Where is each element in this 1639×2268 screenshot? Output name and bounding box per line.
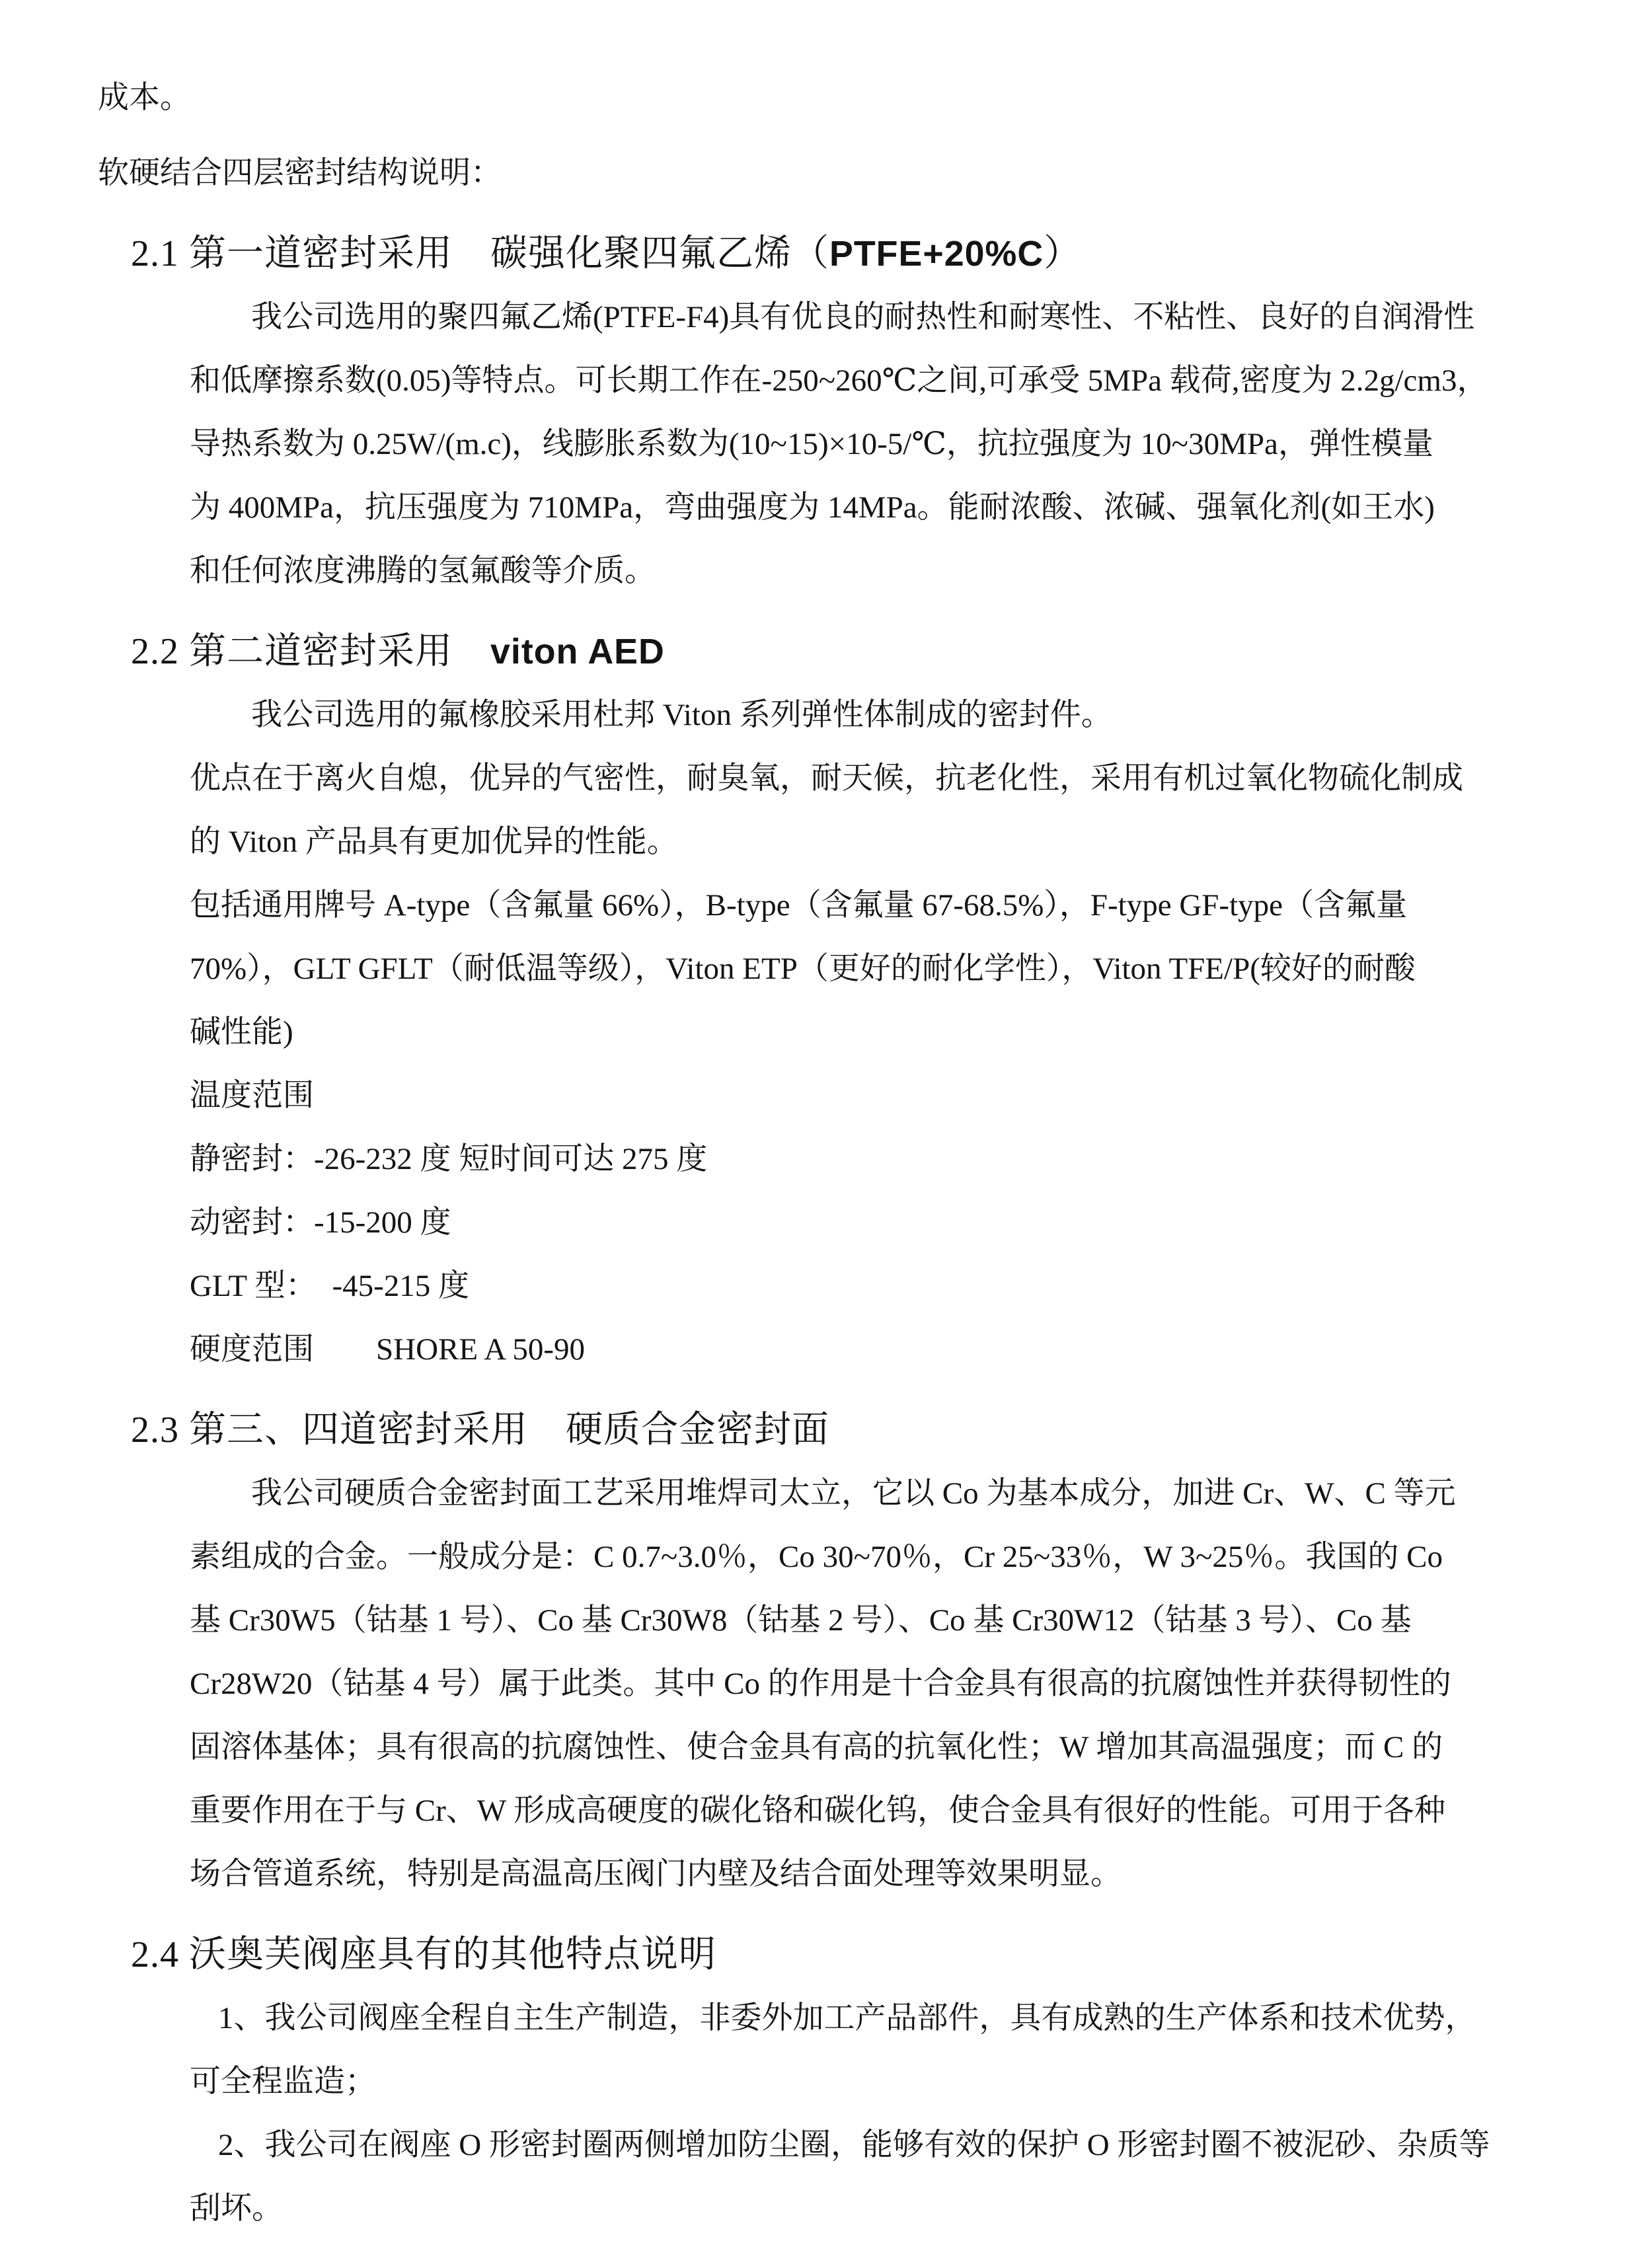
- document-text: 2.1 第一道密封采用 碳强化聚四氟乙烯（: [131, 233, 829, 274]
- text-line: 的 Viton 产品具有更加优异的性能。: [190, 810, 1639, 874]
- document-text: Cr28W20（钴基 4 号）属于此类。其中 Co 的作用是十合金具有很高的抗腐…: [190, 1667, 1451, 1701]
- document-text: 的 Viton 产品具有更加优异的性能。: [190, 825, 678, 859]
- document-text: 刮坏。: [190, 2191, 283, 2226]
- document-text: 和任何浓度沸腾的氢氟酸等介质。: [190, 554, 656, 588]
- document-text: 静密封：-26-232 度 短时间可达 275 度: [190, 1142, 707, 1176]
- document-text: 我公司硬质合金密封面工艺采用堆焊司太立，它以 Co 为基本成分，加进 Cr、W、…: [251, 1476, 1456, 1511]
- text-line: GLT 型： -45-215 度: [190, 1254, 1639, 1318]
- section-heading-2-2: 2.2 第二道密封采用 viton AED: [131, 620, 1639, 683]
- text-line: 我公司选用的氟橡胶采用杜邦 Viton 系列弹性体制成的密封件。: [251, 683, 1639, 747]
- document-text: 软硬结合四层密封结构说明：: [98, 156, 502, 190]
- intro-line-structure: 软硬结合四层密封结构说明：: [98, 141, 1639, 205]
- document-text: ）: [1044, 233, 1081, 274]
- text-line: 可全程监造；: [190, 2050, 1639, 2113]
- document-text: 温度范围: [190, 1078, 314, 1113]
- document-text: 为 400MPa，抗压强度为 710MPa，弯曲强度为 14MPa。能耐浓酸、浓…: [190, 490, 1435, 525]
- document-text: 优点在于离火自熄，优异的气密性，耐臭氧，耐天候，抗老化性，采用有机过氧化物硫化制…: [190, 761, 1463, 796]
- text-line: 固溶体基体；具有很高的抗腐蚀性、使合金具有高的抗氧化性；W 增加其高温强度；而 …: [190, 1716, 1639, 1779]
- text-line: 70%），GLT GFLT（耐低温等级），Viton ETP（更好的耐化学性），…: [190, 937, 1639, 1001]
- text-line: 优点在于离火自熄，优异的气密性，耐臭氧，耐天候，抗老化性，采用有机过氧化物硫化制…: [190, 747, 1639, 810]
- document-text: 硬度范围 SHORE A 50-90: [190, 1332, 585, 1367]
- section-heading-2-4: 2.4 沃奥芙阀座具有的其他特点说明: [131, 1923, 1639, 1986]
- text-line: 动密封：-15-200 度: [190, 1191, 1639, 1254]
- text-line: 基 Cr30W5（钴基 1 号）、Co 基 Cr30W8（钴基 2 号）、Co …: [190, 1589, 1639, 1652]
- section-heading-2-3: 2.3 第三、四道密封采用 硬质合金密封面: [131, 1398, 1639, 1462]
- document-text: GLT 型： -45-215 度: [190, 1269, 469, 1303]
- document-text: 重要作用在于与 Cr、W 形成高硬度的碳化铬和碳化钨，使合金具有很好的性能。可用…: [190, 1794, 1445, 1828]
- text-line: 我公司选用的聚四氟乙烯(PTFE-F4)具有优良的耐热性和耐寒性、不粘性、良好的…: [251, 285, 1639, 349]
- document-text: 基 Cr30W5（钴基 1 号）、Co 基 Cr30W8（钴基 2 号）、Co …: [190, 1603, 1412, 1638]
- section-heading-2-1: 2.1 第一道密封采用 碳强化聚四氟乙烯（PTFE+20%C）: [131, 222, 1639, 285]
- document-text: 场合管道系统，特别是高温高压阀门内壁及结合面处理等效果明显。: [190, 1857, 1122, 1891]
- text-line: 1、我公司阀座全程自主生产制造，非委外加工产品部件，具有成熟的生产体系和技术优势…: [218, 1986, 1639, 2050]
- text-line: 我公司硬质合金密封面工艺采用堆焊司太立，它以 Co 为基本成分，加进 Cr、W、…: [251, 1462, 1639, 1525]
- text-line: 刮坏。: [190, 2177, 1639, 2240]
- document-text: 2.4 沃奥芙阀座具有的其他特点说明: [131, 1934, 716, 1975]
- text-line: 静密封：-26-232 度 短时间可达 275 度: [190, 1127, 1639, 1191]
- document-text: 固溶体基体；具有很高的抗腐蚀性、使合金具有高的抗氧化性；W 增加其高温强度；而 …: [190, 1730, 1443, 1764]
- text-line: 2、我公司在阀座 O 形密封圈两侧增加防尘圈，能够有效的保护 O 形密封圈不被泥…: [218, 2113, 1639, 2177]
- document-text: 70%），GLT GFLT（耐低温等级），Viton ETP（更好的耐化学性），…: [190, 952, 1416, 986]
- document-text: 和低摩擦系数(0.05)等特点。可长期工作在-250~260℃之间,可承受 5M…: [190, 363, 1488, 398]
- text-line: 场合管道系统，特别是高温高压阀门内壁及结合面处理等效果明显。: [190, 1842, 1639, 1906]
- document-page: 成本。软硬结合四层密封结构说明：2.1 第一道密封采用 碳强化聚四氟乙烯（PTF…: [0, 0, 1639, 2268]
- document-text: 可全程监造；: [190, 2064, 376, 2099]
- text-line: 导热系数为 0.25W/(m.c)，线膨胀系数为(10~15)×10-5/℃，抗…: [190, 412, 1639, 476]
- text-line: 和低摩擦系数(0.05)等特点。可长期工作在-250~260℃之间,可承受 5M…: [190, 349, 1639, 412]
- text-line: 和任何浓度沸腾的氢氟酸等介质。: [190, 539, 1639, 603]
- document-text: 包括通用牌号 A-type（含氟量 66%），B-type（含氟量 67-68.…: [190, 888, 1407, 923]
- document-text: 素组成的合金。一般成分是：C 0.7~3.0％，Co 30~70％，Cr 25~…: [190, 1540, 1443, 1574]
- document-text: 碱性能): [190, 1015, 293, 1049]
- document-text: 成本。: [98, 81, 191, 115]
- document-text: 1、我公司阀座全程自主生产制造，非委外加工产品部件，具有成熟的生产体系和技术优势…: [218, 2001, 1476, 2035]
- text-line: 硬度范围 SHORE A 50-90: [190, 1318, 1639, 1381]
- text-line: 包括通用牌号 A-type（含氟量 66%），B-type（含氟量 67-68.…: [190, 874, 1639, 937]
- text-line: Cr28W20（钴基 4 号）属于此类。其中 Co 的作用是十合金具有很高的抗腐…: [190, 1652, 1639, 1716]
- document-text: 2.2 第二道密封采用: [131, 631, 490, 672]
- latin-designation-text: viton AED: [490, 632, 665, 671]
- document-text: 我公司选用的聚四氟乙烯(PTFE-F4)具有优良的耐热性和耐寒性、不粘性、良好的…: [251, 300, 1474, 334]
- text-line: 温度范围: [190, 1064, 1639, 1127]
- text-line: 碱性能): [190, 1001, 1639, 1064]
- text-line: 重要作用在于与 Cr、W 形成高硬度的碳化铬和碳化钨，使合金具有很好的性能。可用…: [190, 1779, 1639, 1842]
- document-text: 2、我公司在阀座 O 形密封圈两侧增加防尘圈，能够有效的保护 O 形密封圈不被泥…: [218, 2128, 1490, 2162]
- document-text: 我公司选用的氟橡胶采用杜邦 Viton 系列弹性体制成的密封件。: [251, 698, 1112, 732]
- document-text: 动密封：-15-200 度: [190, 1205, 451, 1240]
- text-line: 为 400MPa，抗压强度为 710MPa，弯曲强度为 14MPa。能耐浓酸、浓…: [190, 476, 1639, 539]
- document-text: 导热系数为 0.25W/(m.c)，线膨胀系数为(10~15)×10-5/℃，抗…: [190, 427, 1433, 461]
- document-text: 2.3 第三、四道密封采用 硬质合金密封面: [131, 1410, 829, 1451]
- text-line: 素组成的合金。一般成分是：C 0.7~3.0％，Co 30~70％，Cr 25~…: [190, 1525, 1639, 1589]
- latin-designation-text: PTFE+20%C: [829, 234, 1044, 274]
- intro-line-cost: 成本。: [98, 66, 1639, 130]
